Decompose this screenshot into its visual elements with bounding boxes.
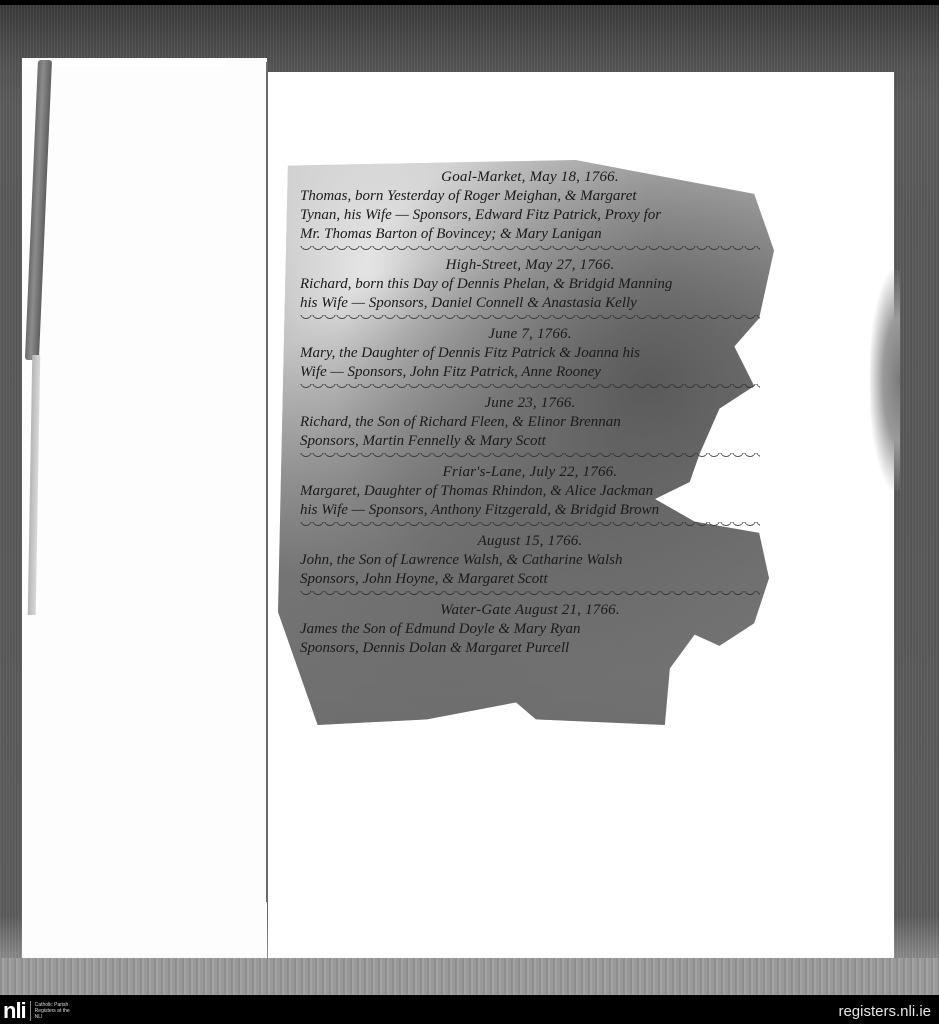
- footer-bar: nli Catholic Parish Registers at the NLI…: [0, 998, 939, 1024]
- left-page-top-edge: [22, 58, 227, 66]
- entry-line: James the Son of Edmund Doyle & Mary Rya…: [300, 620, 760, 639]
- wavy-divider: [300, 522, 760, 528]
- entry-heading: High-Street, May 27, 1766.: [300, 256, 760, 275]
- page-edge-shadow: [870, 270, 900, 490]
- left-page-blank: [22, 58, 267, 958]
- entry-line: Richard, the Son of Richard Fleen, & Eli…: [300, 413, 760, 432]
- entry-line: Margaret, Daughter of Thomas Rhindon, & …: [300, 482, 760, 501]
- entry-heading: June 23, 1766.: [300, 394, 760, 413]
- site-url-link[interactable]: registers.nli.ie: [838, 1003, 939, 1020]
- entry-line: Wife — Sponsors, John Fitz Patrick, Anne…: [300, 363, 760, 382]
- wavy-divider: [300, 591, 760, 597]
- wavy-divider: [300, 453, 760, 459]
- entry-line: Sponsors, John Hoyne, & Margaret Scott: [300, 570, 760, 589]
- nli-logo: nli: [3, 1000, 26, 1022]
- register-entry: Goal-Market, May 18, 1766. Thomas, born …: [300, 168, 760, 252]
- bottom-edge: [0, 958, 939, 995]
- entry-line: Mary, the Daughter of Dennis Fitz Patric…: [300, 344, 760, 363]
- page-gutter-line: [266, 62, 268, 902]
- entry-line: his Wife — Sponsors, Anthony Fitzgerald,…: [300, 501, 760, 520]
- entry-line: Tynan, his Wife — Sponsors, Edward Fitz …: [300, 206, 760, 225]
- entry-heading: Water-Gate August 21, 1766.: [300, 601, 760, 620]
- register-entry: June 7, 1766. Mary, the Daughter of Denn…: [300, 325, 760, 390]
- wavy-divider: [300, 246, 760, 252]
- entry-line: his Wife — Sponsors, Daniel Connell & An…: [300, 294, 760, 313]
- register-entry: June 23, 1766. Richard, the Son of Richa…: [300, 394, 760, 459]
- register-entry: Friar's-Lane, July 22, 1766. Margaret, D…: [300, 463, 760, 528]
- wavy-divider: [300, 315, 760, 321]
- entry-heading: Friar's-Lane, July 22, 1766.: [300, 463, 760, 482]
- entry-heading: Goal-Market, May 18, 1766.: [300, 168, 760, 187]
- entry-line: Mr. Thomas Barton of Bovincey; & Mary La…: [300, 225, 760, 244]
- register-entry: Water-Gate August 21, 1766. James the So…: [300, 601, 760, 658]
- entry-line: Richard, born this Day of Dennis Phelan,…: [300, 275, 760, 294]
- entry-line: Sponsors, Dennis Dolan & Margaret Purcel…: [300, 639, 760, 658]
- entry-heading: August 15, 1766.: [300, 532, 760, 551]
- entry-line: Thomas, born Yesterday of Roger Meighan,…: [300, 187, 760, 206]
- nli-brand[interactable]: nli Catholic Parish Registers at the NLI: [0, 998, 75, 1024]
- register-entry: August 15, 1766. John, the Son of Lawren…: [300, 532, 760, 597]
- logo-subtitle: Catholic Parish Registers at the NLI: [35, 1002, 75, 1020]
- register-entry: High-Street, May 27, 1766. Richard, born…: [300, 256, 760, 321]
- logo-divider: [30, 1001, 31, 1021]
- entry-line: John, the Son of Lawrence Walsh, & Catha…: [300, 551, 760, 570]
- wavy-divider: [300, 384, 760, 390]
- entry-line: Sponsors, Martin Fennelly & Mary Scott: [300, 432, 760, 451]
- entry-heading: June 7, 1766.: [300, 325, 760, 344]
- register-entries: Goal-Market, May 18, 1766. Thomas, born …: [300, 168, 760, 662]
